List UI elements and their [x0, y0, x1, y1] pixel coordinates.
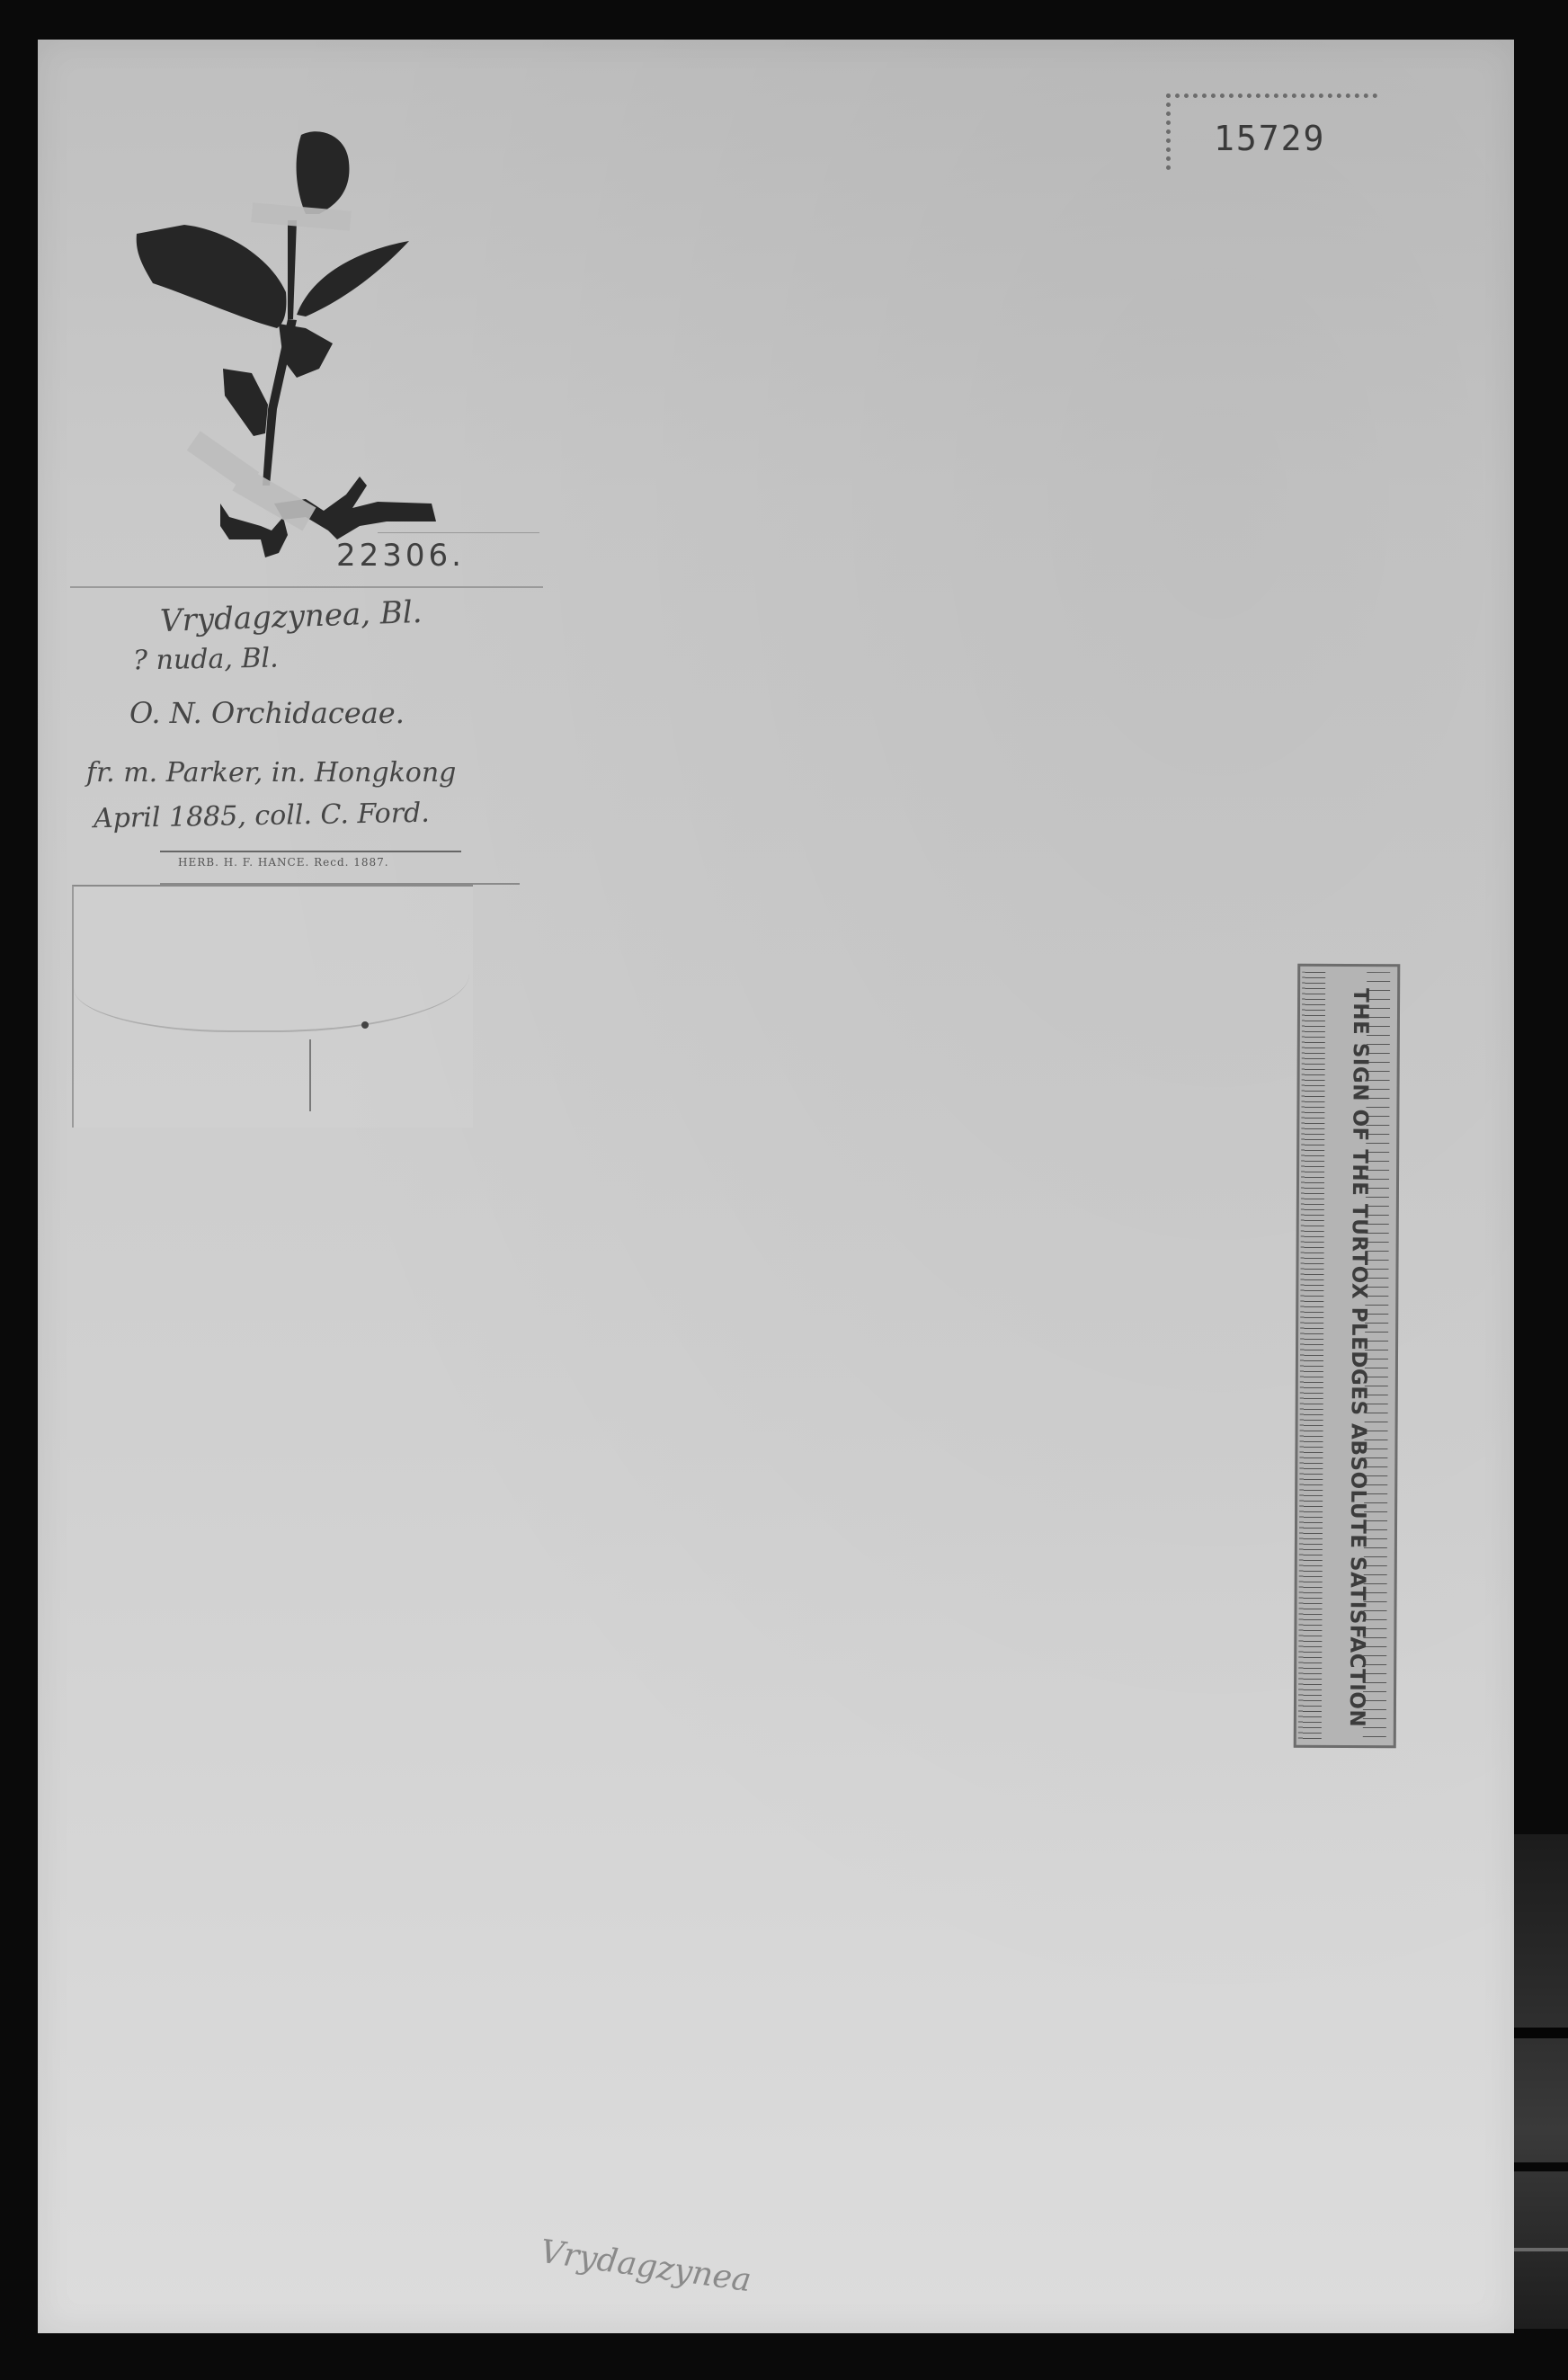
- background-shelf-band: [1514, 2028, 1568, 2038]
- fragment-packet: [72, 885, 473, 1128]
- herbarium-stamp: HERB. H. F. HANCE. Recd. 1887.: [178, 856, 389, 869]
- background-shelf-band: [1514, 2162, 1568, 2171]
- divider: [160, 851, 461, 852]
- scale-ruler: THE SIGN OF THE TURTOX PLEDGES ABSOLUTE …: [1294, 964, 1401, 1749]
- label-collection-date: April 1885, coll. C. Ford.: [94, 798, 430, 835]
- herbarium-number: 22306.: [336, 538, 465, 574]
- specimen-label: Vrydagzynea, Bl. ? nuda, Bl. O. N. Orchi…: [70, 586, 543, 878]
- label-species: ? nuda, Bl.: [133, 643, 279, 677]
- label-family: O. N. Orchidaceae.: [129, 696, 405, 730]
- plant-specimen: [117, 108, 494, 575]
- ruler-text: THE SIGN OF THE TURTOX PLEDGES ABSOLUTE …: [1345, 988, 1372, 1727]
- label-genus: Vrydagzynea, Bl.: [159, 594, 423, 639]
- packet-mark: [361, 1021, 369, 1029]
- background-shelf-band: [1514, 2248, 1568, 2251]
- packet-flap: [74, 887, 469, 1032]
- accession-number: 15729: [1214, 119, 1325, 158]
- divider: [378, 532, 539, 533]
- label-collection-source: fr. m. Parker, in. Hongkong: [86, 757, 456, 789]
- background-shelf: [1514, 1834, 1568, 2329]
- packet-fold: [309, 1039, 311, 1111]
- ruler-ticks: [1298, 972, 1325, 1740]
